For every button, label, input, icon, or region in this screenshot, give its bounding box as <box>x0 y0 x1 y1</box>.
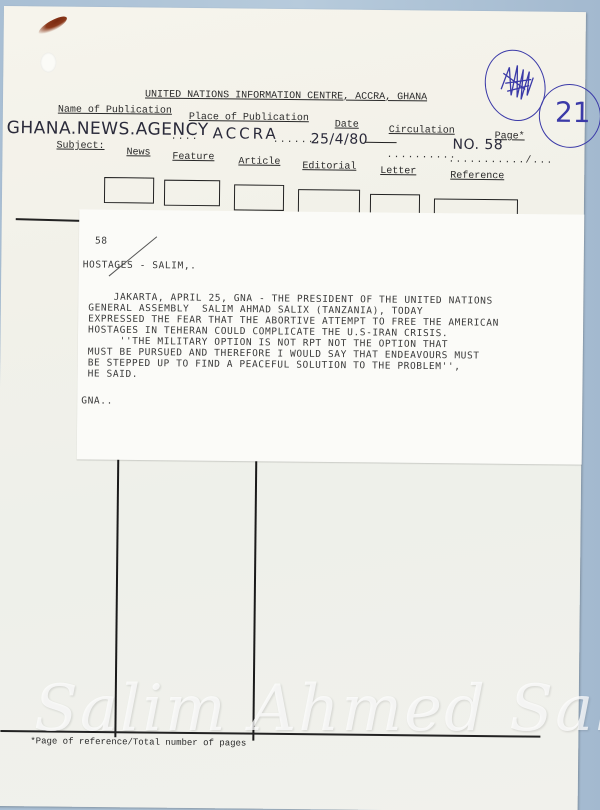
organization-header: UNITED NATIONS INFORMATION CENTRE, ACCRA… <box>145 89 427 103</box>
checkbox-article[interactable] <box>234 184 284 211</box>
label-circulation: Circulation <box>389 125 455 137</box>
subject-label-letter: Letter <box>380 166 416 177</box>
rust-stain <box>36 13 69 37</box>
page-dots: .........../... <box>448 155 553 167</box>
subject-label-editorial: Editorial <box>302 161 356 173</box>
clipping-item-number: 58 <box>95 236 108 247</box>
checkbox-feature[interactable] <box>164 180 220 207</box>
label-name-of-publication: Name of Publication <box>58 105 172 117</box>
clipping-body-line-8: HE SAID. <box>88 368 139 380</box>
value-date: 25/4/80 <box>311 131 369 148</box>
clipping-signoff: GNA.. <box>81 395 113 406</box>
punch-hole <box>40 52 56 72</box>
checkbox-news[interactable] <box>104 177 154 204</box>
label-date: Date <box>335 119 359 130</box>
subject-label-reference: Reference <box>450 171 504 183</box>
circulation-dots: .......... <box>386 150 456 162</box>
circulation-dash <box>365 142 397 143</box>
subject-label-news: News <box>126 147 150 158</box>
value-place-of-publication: ACCRA <box>213 124 279 143</box>
news-clipping: 58 HOSTAGES - SALIM,. JAKARTA, APRIL 25,… <box>77 209 585 464</box>
subject-label-feature: Feature <box>172 152 214 163</box>
page-number-stamp: 21 <box>555 96 591 129</box>
subject-label-article: Article <box>238 156 280 167</box>
place-dots-prefix: .... <box>171 132 199 143</box>
clipping-headline: HOSTAGES - SALIM,. <box>83 259 197 271</box>
signature-scribble-icon <box>495 59 540 107</box>
value-circulation: NO. 58 <box>452 137 503 154</box>
signature-watermark: Salim Ahmed Salim <box>34 672 600 746</box>
label-subject: Subject: <box>56 141 104 153</box>
